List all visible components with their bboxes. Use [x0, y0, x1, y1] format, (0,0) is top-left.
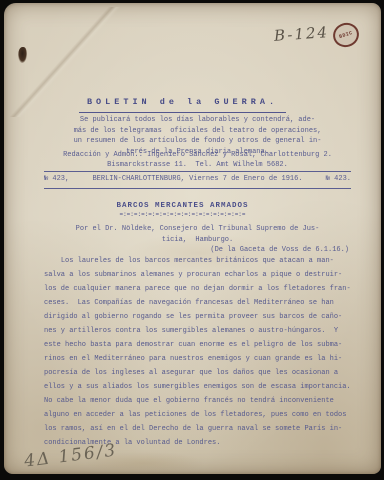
pencil-annotation-top-right: B-124	[273, 23, 329, 45]
dateline-text: BERLIN-CHARLOTTENBURG, Viernes 7 de Ener…	[92, 175, 302, 183]
issue-number-left: № 423,	[44, 175, 69, 183]
newspaper-title: BOLETIN de la GUERRA.	[79, 97, 286, 113]
horizontal-rule	[44, 171, 351, 172]
paper-sheet: B-124 BDIC BOLETIN de la GUERRA. Se publ…	[4, 3, 381, 474]
horizontal-rule	[44, 188, 351, 189]
ink-blot	[18, 47, 27, 63]
article-byline: Por el Dr. Nöldeke, Consejero del Tribun…	[34, 224, 361, 245]
masthead: BOLETIN de la GUERRA.	[4, 91, 361, 113]
library-stamp: BDIC	[330, 20, 362, 51]
scanned-document: B-124 BDIC BOLETIN de la GUERRA. Se publ…	[0, 0, 384, 480]
article-body: Los laureles de los barcos mercantes bri…	[44, 254, 357, 450]
masthead-address: Redacción y Admón.: Ingeniero Sánchez y …	[34, 151, 361, 170]
article-heading-underline: =:=:=:=:=:=:=:=:=:=:=:=:=:=:=:=:=:=	[4, 211, 361, 218]
article-source: (De la Gaceta de Voss de 6.1.16.)	[44, 246, 349, 254]
dateline-row: № 423, BERLIN-CHARLOTTENBURG, Viernes 7 …	[44, 175, 351, 183]
article-heading: BARCOS MERCANTES ARMADOS	[4, 202, 361, 210]
library-stamp-label: BDIC	[338, 30, 353, 40]
issue-number-right: № 423.	[326, 175, 351, 183]
